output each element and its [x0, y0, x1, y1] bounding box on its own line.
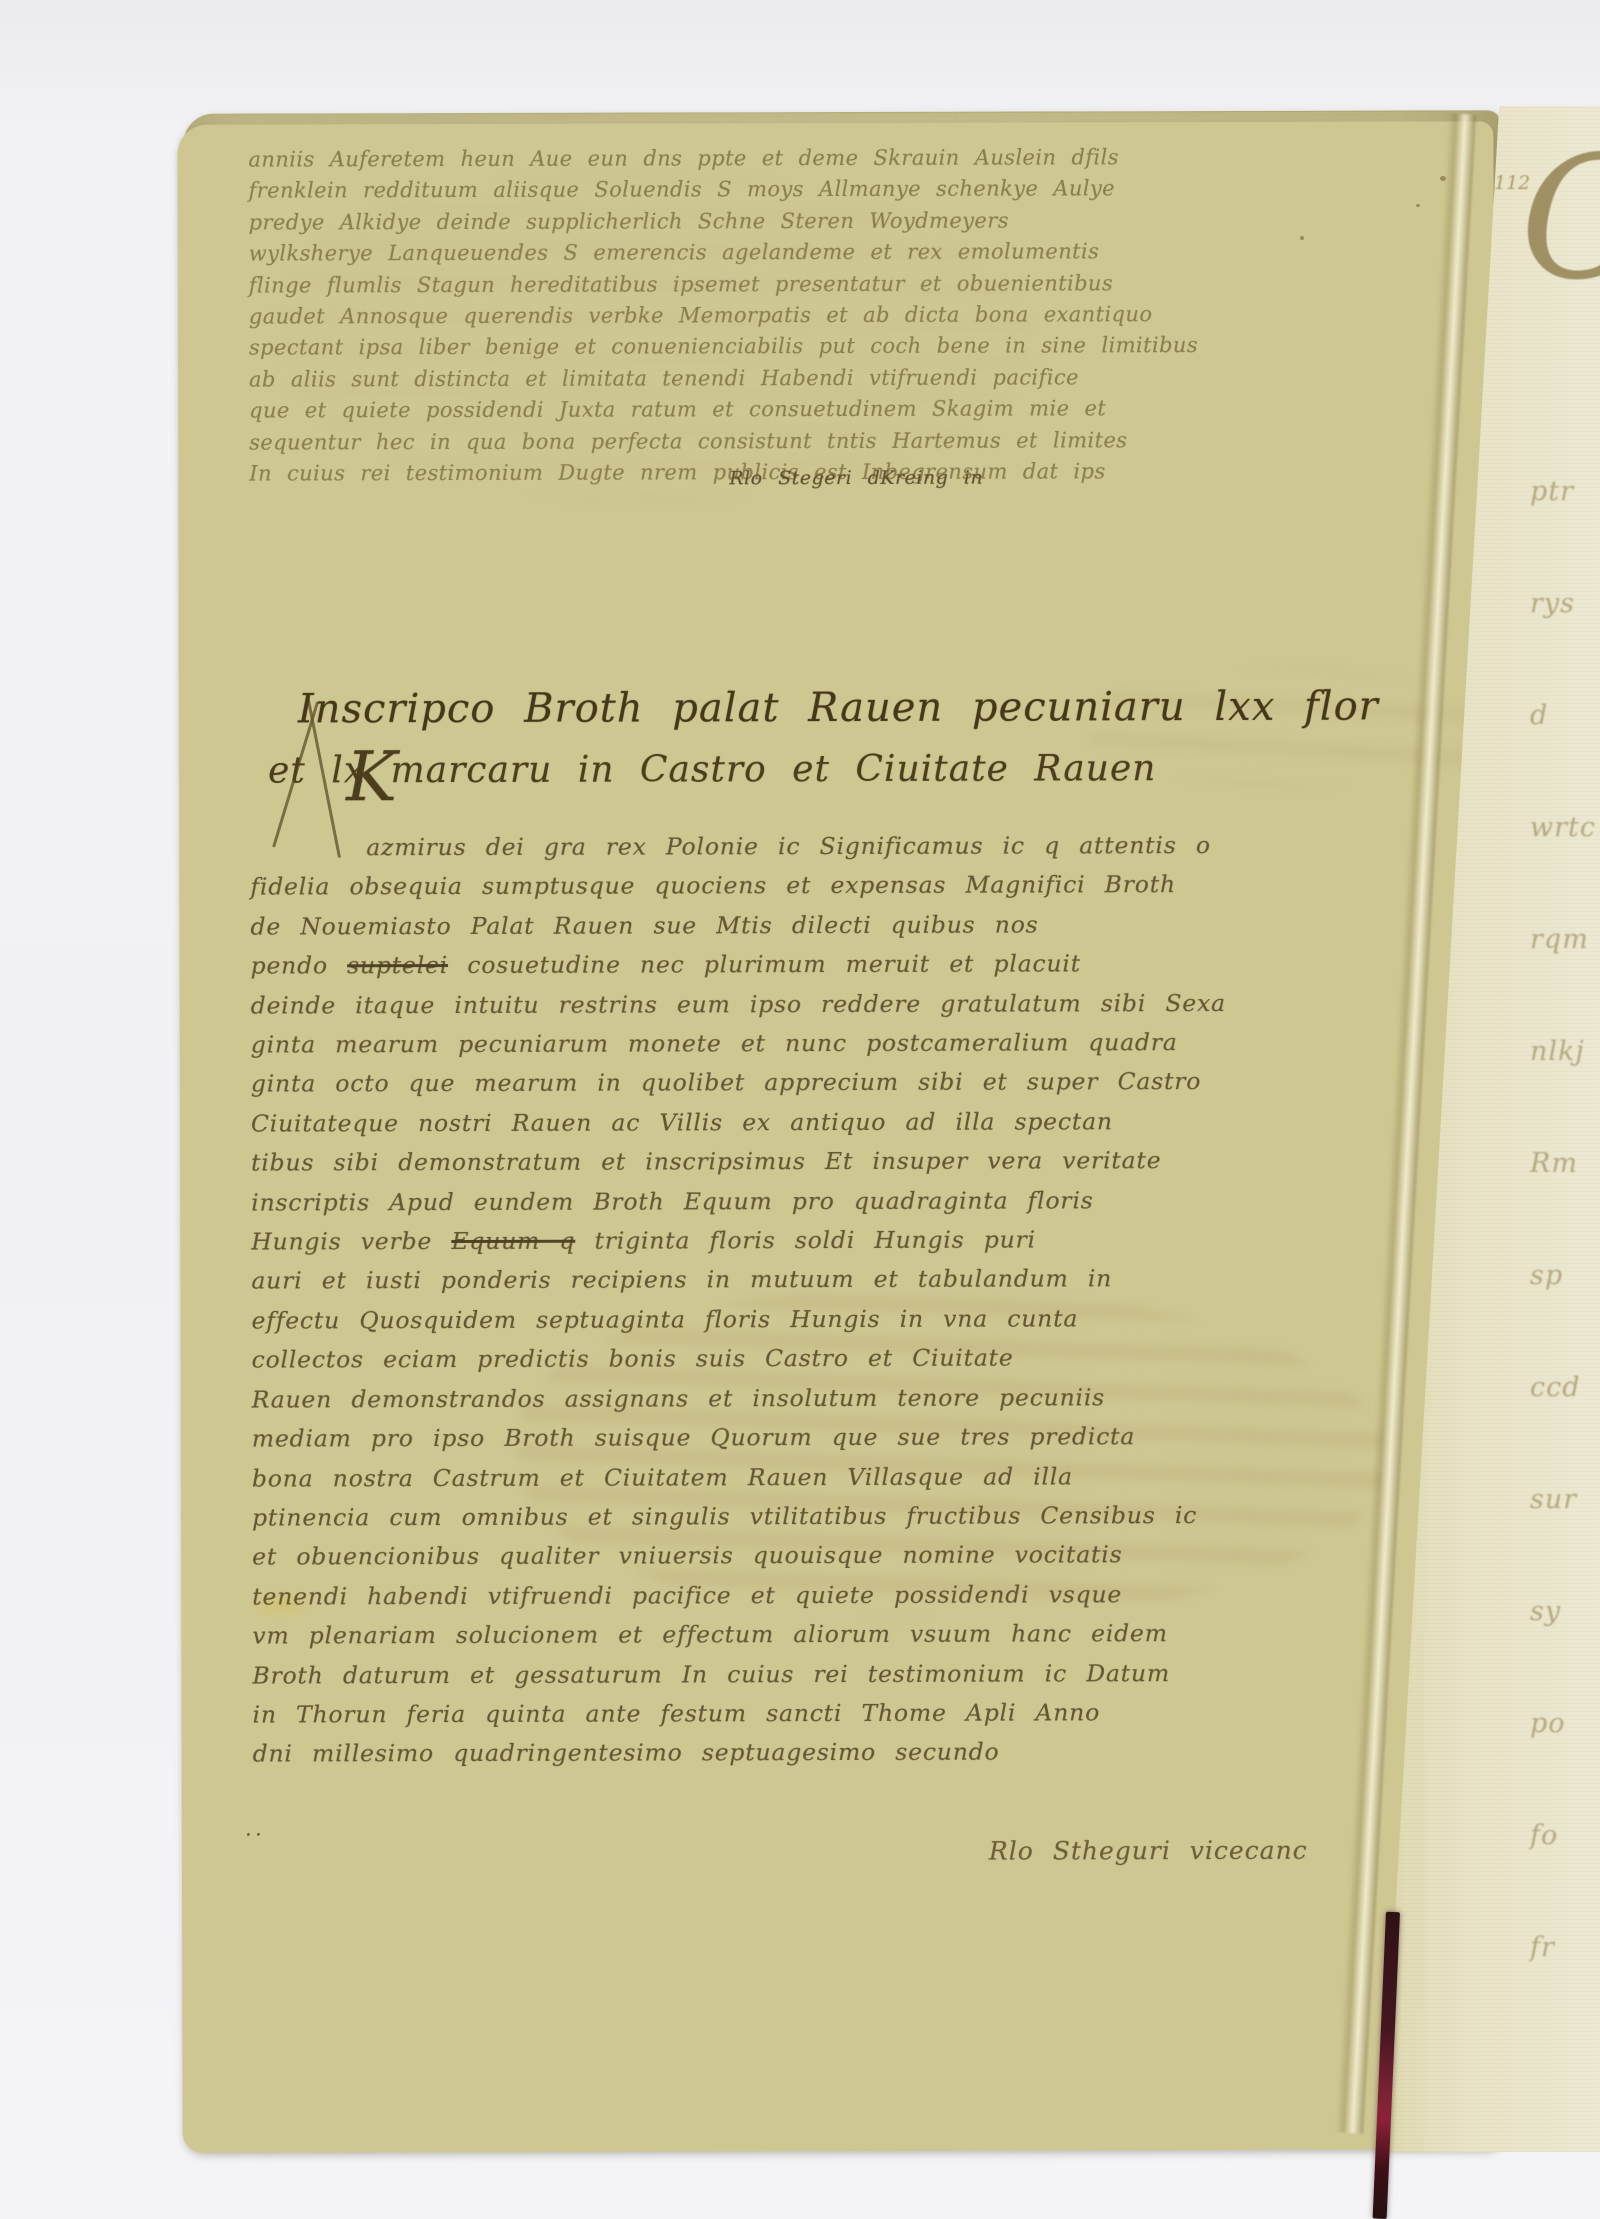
- opening-line: sequentur hec in qua bona perfecta consi…: [249, 425, 1089, 459]
- opening-line: spectant ipsa liber benige et conuenienc…: [249, 331, 1089, 365]
- facing-text-fragment: sp: [1530, 1220, 1596, 1332]
- body-line: tibus sibi demonstratum et inscripsimus …: [251, 1141, 1441, 1184]
- body-line: bona nostra Castrum et Ciuitatem Rauen V…: [252, 1456, 1442, 1499]
- facing-text-fragment: sur: [1530, 1444, 1596, 1556]
- facing-text-fragment: Rm: [1530, 1108, 1596, 1220]
- ink-speck: [1300, 236, 1304, 240]
- opening-line: frenklein reddituum aliisque Soluendis S…: [249, 174, 1089, 208]
- photo-backdrop: anniis Auferetem heun Aue eun dns ppte e…: [0, 0, 1600, 2219]
- body-line: inscriptis Apud eundem Broth Equum pro q…: [251, 1180, 1441, 1223]
- facing-text-fragment: d: [1530, 660, 1596, 772]
- body-line: Rauen demonstrandos assignans et insolut…: [252, 1377, 1442, 1420]
- body-line: Broth daturum et gessaturum In cuius rei…: [252, 1653, 1442, 1696]
- body-line: deinde itaque intuitu restrins eum ipso …: [251, 983, 1441, 1026]
- struck-word: Equum q: [451, 1227, 575, 1255]
- body-line: et obuencionibus qualiter vniuersis quou…: [252, 1535, 1442, 1578]
- facing-initial-letter: Calio: [1520, 134, 1600, 304]
- initial-letter-K: K: [346, 738, 397, 817]
- opening-line: predye Alkidye deinde supplicherlich Sch…: [249, 205, 1089, 239]
- opening-line: ab aliis sunt distincta et limitata tene…: [249, 362, 1089, 396]
- body-line: pendo suptelei cosuetudine nec plurimum …: [251, 944, 1441, 987]
- body-line: fidelia obsequia sumptusque quociens et …: [250, 865, 1440, 908]
- opening-line: que et quiete possidendi Juxta ratum et …: [249, 394, 1089, 428]
- margin-dots: ..: [245, 1817, 265, 1842]
- facing-text-fragment: sy: [1530, 1556, 1596, 1668]
- facing-text-fragment: po: [1530, 1668, 1596, 1780]
- facing-text-fragment: ccd: [1530, 1332, 1596, 1444]
- body-line: azmirus dei gra rex Polonie ic Significa…: [250, 825, 1440, 868]
- struck-word: suptelei: [347, 951, 448, 979]
- body-line: ginta octo que mearum in quolibet apprec…: [251, 1062, 1441, 1105]
- body-line: tenendi habendi vtifruendi pacifice et q…: [252, 1574, 1442, 1617]
- entry-heading-line-1: Inscripco Broth palat Rauen pecuniaru lx…: [298, 684, 1379, 733]
- body-line: Hungis verbe Equum q triginta floris sol…: [251, 1220, 1441, 1263]
- relacio-interlinear-note: Rlo Stegeri dKreing in: [729, 467, 983, 490]
- ink-speck: [1416, 204, 1420, 207]
- opening-line: anniis Auferetem heun Aue eun dns ppte e…: [248, 142, 1088, 176]
- facing-text-fragment: ptr: [1530, 436, 1596, 548]
- body-line: auri et iusti ponderis recipiens in mutu…: [251, 1259, 1441, 1302]
- entry-body-paragraph: azmirus dei gra rex Polonie ic Significa…: [250, 825, 1442, 1774]
- body-line: in Thorun feria quinta ante festum sanct…: [252, 1692, 1442, 1735]
- opening-line: gaudet Annosque querendis verbke Memorpa…: [249, 299, 1089, 333]
- dating-signature-note: Rlo Stheguri vicecanc: [989, 1836, 1308, 1866]
- body-line: mediam pro ipso Broth suisque Quorum que…: [252, 1417, 1442, 1460]
- opening-line: wylksherye Lanqueuendes S emerencis agel…: [249, 237, 1089, 271]
- body-line: effectu Quosquidem septuaginta floris Hu…: [251, 1298, 1441, 1341]
- opening-line: flinge flumlis Stagun hereditatibus ipse…: [249, 268, 1089, 302]
- facing-text-fragment: rys: [1530, 548, 1596, 660]
- facing-text-fragment: wrtc: [1530, 772, 1596, 884]
- facing-text-fragments: ptrrysdwrtcrqmnlkjRmspccdsursypofofr: [1530, 436, 1596, 2004]
- ink-speck: [1440, 176, 1446, 181]
- body-line: dni millesimo quadringentesimo septuages…: [253, 1732, 1443, 1775]
- facing-text-fragment: nlkj: [1530, 996, 1596, 1108]
- body-line: vm plenariam solucionem et effectum alio…: [252, 1614, 1442, 1657]
- facing-text-fragment: rqm: [1530, 884, 1596, 996]
- body-line: ginta mearum pecuniarum monete et nunc p…: [251, 1022, 1441, 1065]
- body-line: de Nouemiasto Palat Rauen sue Mtis dilec…: [250, 904, 1440, 947]
- body-line: collectos eciam predictis bonis suis Cas…: [252, 1338, 1442, 1381]
- manuscript-page: anniis Auferetem heun Aue eun dns ppte e…: [183, 110, 1506, 2143]
- entry-heading-line-2: et lx marcaru in Castro et Ciuitate Raue…: [268, 748, 1156, 791]
- facing-text-fragment: fo: [1530, 1780, 1596, 1892]
- body-line: ptinencia cum omnibus et singulis vtilit…: [252, 1495, 1442, 1538]
- body-line: Ciuitateque nostri Rauen ac Villis ex an…: [251, 1101, 1441, 1144]
- opening-paragraph: anniis Auferetem heun Aue eun dns ppte e…: [248, 142, 1089, 490]
- facing-text-fragment: fr: [1530, 1892, 1596, 2004]
